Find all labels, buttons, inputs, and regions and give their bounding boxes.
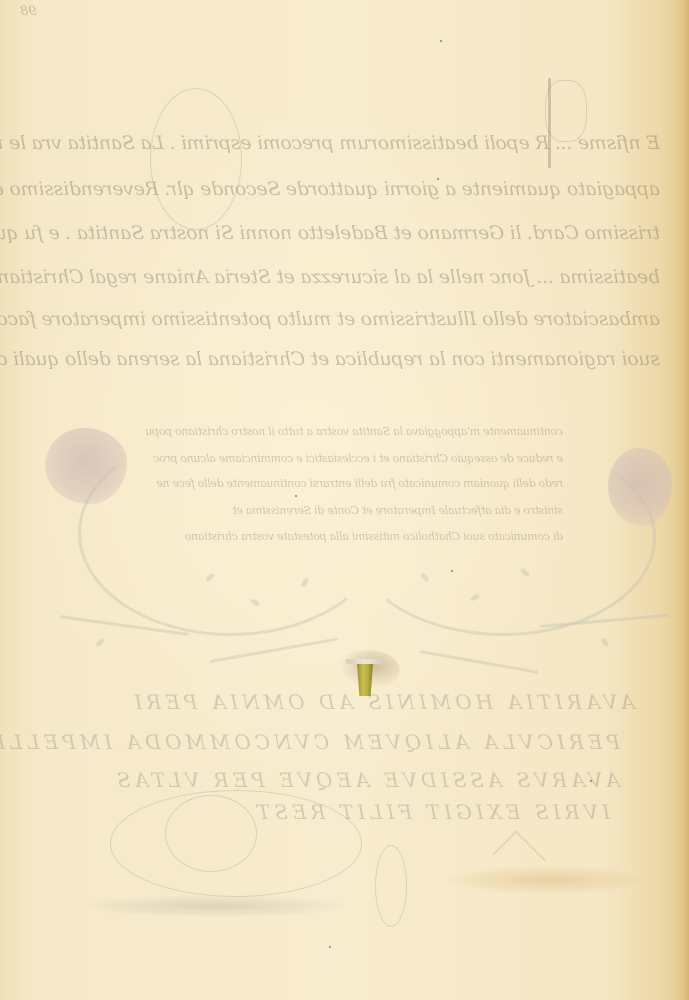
speck	[590, 780, 592, 782]
speck	[295, 495, 297, 497]
text-line: E nfisme ... R epoli beatissimorum preco…	[48, 132, 660, 154]
grasshopper-insect-icon	[448, 866, 648, 894]
flourish-ornament	[375, 845, 407, 927]
vine-branch	[420, 650, 539, 674]
speck	[440, 40, 442, 42]
text-line: appagiato quamiente a giorni quattorde S…	[48, 178, 660, 200]
text-line: AVARVS ASSIDVE AEQVE PER VLTAS	[100, 768, 620, 792]
vine-branch	[210, 637, 339, 663]
leaf	[95, 637, 105, 648]
speck	[451, 570, 453, 572]
text-line: beatissima ... Jonc nelle la al sicurezz…	[48, 266, 660, 288]
text-line: ambasciatore dello Illustrissimo et mult…	[48, 308, 660, 330]
initial-stroke	[548, 78, 551, 168]
green-vessel-rim	[346, 659, 384, 664]
folio-number: 98	[20, 4, 37, 19]
text-line: AVARITIA HOMINIS AD OMNIA PERI	[95, 690, 635, 714]
speck	[329, 946, 331, 948]
text-line: PERICVLA ALIQVEM CVNCOMMODA IMPELLIT	[100, 730, 620, 754]
flourish-ornament	[150, 88, 242, 230]
vine-stem	[78, 430, 384, 636]
manuscript-page: 98 E nfisme ... R epoli beatissimorum pr…	[0, 0, 689, 1000]
page-edge	[675, 0, 689, 1000]
caterpillar-smudge	[85, 895, 345, 917]
leaf	[600, 637, 610, 648]
flourish-ornament	[165, 795, 257, 872]
vine-stem	[350, 440, 656, 636]
text-line: suoi ragionamenti con la republica et Ch…	[48, 348, 660, 370]
speck	[437, 178, 439, 180]
text-line: trissimo Card. li Germano et Badeletto n…	[48, 222, 660, 244]
